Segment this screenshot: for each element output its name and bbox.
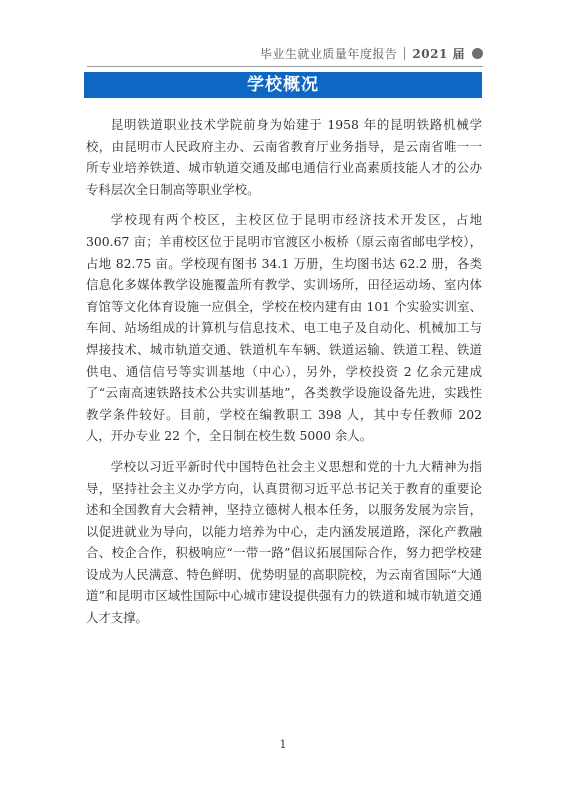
section-title: 学校概况 [247,75,319,95]
paragraph: 学校现有两个校区，主校区位于昆明市经济技术开发区，占地 300.67 亩；羊甫校… [86,209,482,447]
report-year: 2021 届 [412,47,465,61]
header-dot-icon [472,48,483,59]
header-separator [404,47,405,60]
section-title-bar: 学校概况 [84,72,482,98]
report-title: 毕业生就业质量年度报告 [260,47,398,61]
header-rule [87,66,483,67]
page-number: 1 [0,738,566,751]
running-header: 毕业生就业质量年度报告2021 届 [87,45,483,65]
paragraph: 学校以习近平新时代中国特色社会主义思想和党的十九大精神为指导，坚持社会主义办学方… [86,456,482,629]
paragraph: 昆明铁道职业技术学院前身为始建于 1958 年的昆明铁路机械学校，由昆明市人民政… [86,114,482,200]
body-text: 昆明铁道职业技术学院前身为始建于 1958 年的昆明铁路机械学校，由昆明市人民政… [86,114,482,638]
